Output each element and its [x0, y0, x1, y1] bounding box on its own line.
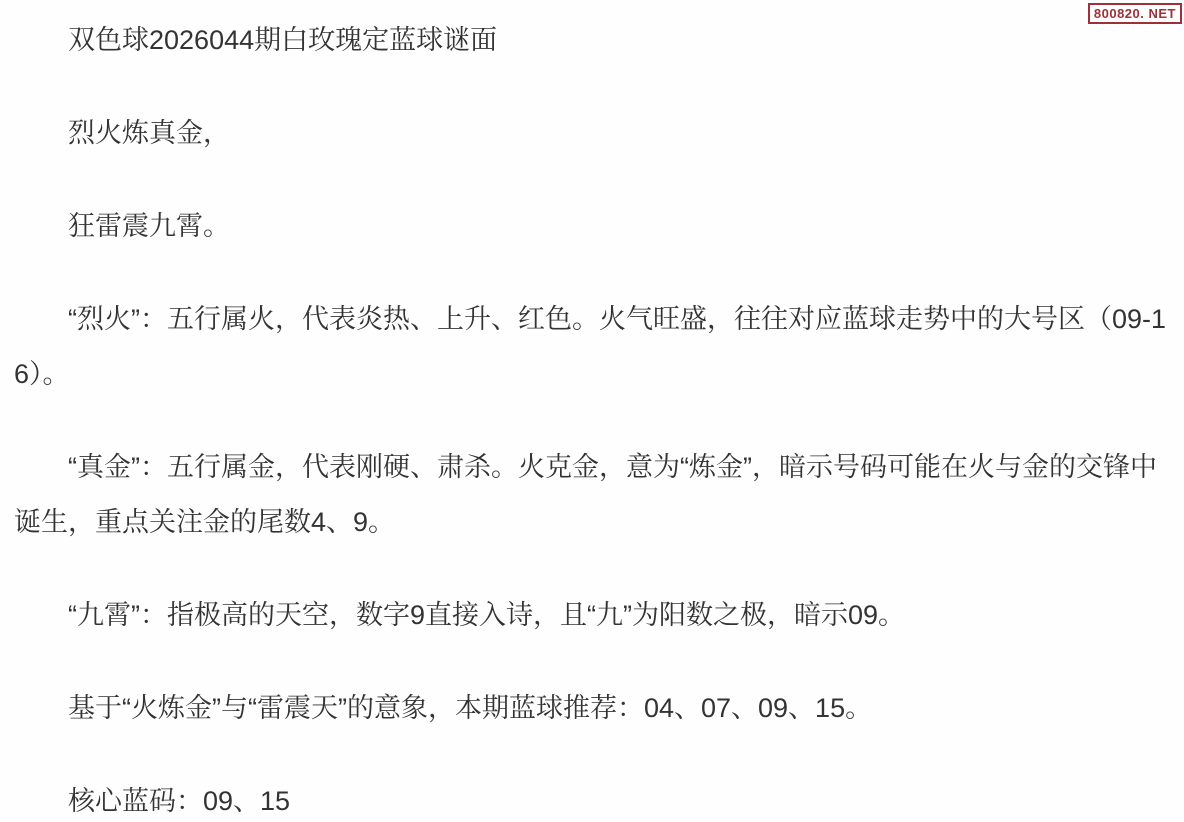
para-blue-ball-recommendation: 基于“火炼金”与“雷震天”的意象，本期蓝球推荐：04、07、09、15。 — [14, 681, 1168, 736]
para-liehuo-analysis: “烈火”：五行属火，代表炎热、上升、红色。火气旺盛，往往对应蓝球走势中的大号区（… — [14, 292, 1168, 402]
article-body: 双色球2026044期白玫瑰定蓝球谜面 烈火炼真金， 狂雷震九霄。 “烈火”：五… — [0, 0, 1184, 822]
para-zhenjin-analysis: “真金”：五行属金，代表刚硬、肃杀。火克金，意为“炼金”，暗示号码可能在火与金的… — [14, 440, 1168, 550]
poem-line-thunder: 狂雷震九霄。 — [14, 199, 1168, 254]
poem-line-fire: 烈火炼真金， — [14, 106, 1168, 161]
watermark-badge: 800820. NET — [1088, 3, 1182, 24]
para-jiuxiao-analysis: “九霄”：指极高的天空，数字9直接入诗，且“九”为阳数之极，暗示09。 — [14, 588, 1168, 643]
para-core-blue-codes: 核心蓝码：09、15 — [14, 774, 1168, 822]
article-page: 800820. NET 双色球2026044期白玫瑰定蓝球谜面 烈火炼真金， 狂… — [0, 0, 1184, 822]
article-title: 双色球2026044期白玫瑰定蓝球谜面 — [14, 13, 1168, 68]
